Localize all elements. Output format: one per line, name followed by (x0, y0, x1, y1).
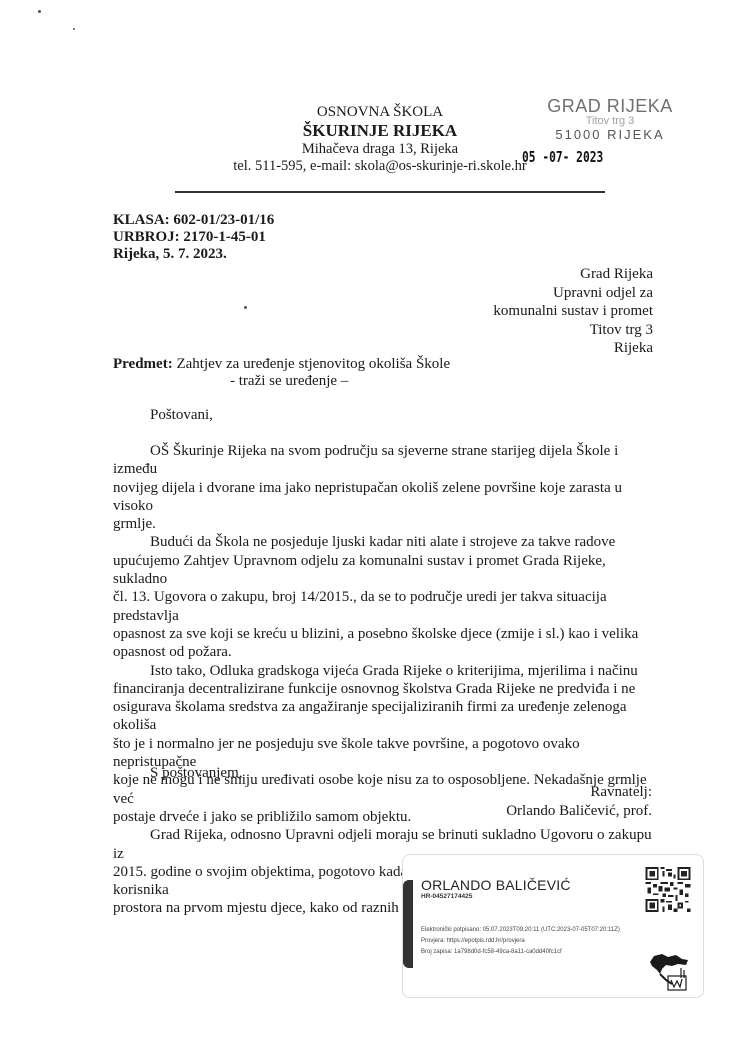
stamp-street: Titov trg 3 (535, 115, 685, 127)
paragraph-1: OŠ Škurinje Rijeka na svom području sa s… (113, 442, 653, 533)
body-line: opasnost za sve koji se kreću u blizini,… (113, 625, 653, 643)
body-line: upućujemo Zahtjev Upravnom odjelu za kom… (113, 552, 653, 589)
letterhead-divider (175, 191, 605, 193)
stamp-title: GRAD RIJEKA (535, 97, 685, 115)
esig-signer-name: ORLANDO BALIČEVIĆ (421, 877, 571, 893)
esig-details: Elektronički potpisano: 05.07.2023T09:20… (421, 925, 620, 958)
recipient-line: Grad Rijeka (493, 265, 653, 284)
school-name: ŠKURINJE RIJEKA (230, 121, 530, 141)
subject-text: Zahtjev za uređenje stjenovitog okoliša … (173, 356, 450, 372)
scan-speck (38, 10, 41, 13)
scan-speck (73, 28, 75, 30)
esig-verify-link[interactable]: Provjera: https://epotpis.rdd.hr/provjer… (421, 936, 620, 947)
body-line: novijeg dijela i dvorane ima jako nepris… (113, 479, 653, 516)
qr-code-icon[interactable] (644, 867, 692, 912)
school-type: OSNOVNA ŠKOLA (230, 104, 530, 121)
esig-record-id: Broj zapisa: 1a798d0d-fc58-49ca-8a11-ca0… (421, 947, 620, 958)
recipient-line: komunalni sustav i promet (493, 302, 653, 321)
body-line: čl. 13. Ugovora o zakupu, broj 14/2015.,… (113, 588, 653, 625)
stamp-city: 51000 RIJEKA (535, 127, 685, 142)
signature-card-accent-bar (403, 880, 413, 968)
recipient-line: Titov trg 3 (493, 321, 653, 340)
letter-body: OŠ Škurinje Rijeka na svom području sa s… (113, 442, 653, 918)
body-line: financiranja decentralizirane funkcije o… (113, 680, 653, 698)
subject-line: Predmet: Zahtjev za uređenje stjenovitog… (113, 355, 450, 373)
received-stamp: GRAD RIJEKA Titov trg 3 51000 RIJEKA (535, 97, 685, 142)
body-line: opasnost od požara. (113, 643, 653, 661)
signer-name: Orlando Baličević, prof. (506, 802, 652, 821)
esig-oib: HR-04527174425 (421, 893, 472, 900)
body-line: osigurava školama sredstva za angažiranj… (113, 698, 653, 735)
scan-speck (244, 306, 247, 309)
body-line: Budući da Škola ne posjeduje ljuski kada… (113, 533, 653, 551)
school-letterhead: OSNOVNA ŠKOLA ŠKURINJE RIJEKA Mihačeva d… (230, 104, 530, 175)
subject-label: Predmet: (113, 356, 173, 372)
school-contact: tel. 511-595, e-mail: skola@os-skurinje-… (210, 158, 550, 175)
signer-title: Ravnatelj: (506, 783, 652, 802)
subject-subtitle: - traži se uređenje – (230, 373, 348, 390)
place-date: Rijeka, 5. 7. 2023. (113, 246, 274, 263)
recipient-address: Grad Rijeka Upravni odjel za komunalni s… (493, 265, 653, 358)
klasa: KLASA: 602-01/23-01/16 (113, 212, 274, 229)
recipient-line: Rijeka (493, 339, 653, 358)
body-line: OŠ Škurinje Rijeka na svom području sa s… (113, 442, 653, 479)
greeting: Poštovani, (150, 407, 213, 424)
esig-signed-time: Elektronički potpisano: 05.07.2023T09:20… (421, 925, 620, 936)
electronic-signature-card: ORLANDO BALIČEVIĆ HR-04527174425 Elektro… (402, 854, 704, 998)
recipient-line: Upravni odjel za (493, 284, 653, 303)
croatia-map-emblem-icon (648, 950, 690, 992)
school-address: Mihačeva draga 13, Rijeka (230, 141, 530, 158)
urbroj: URBROJ: 2170-1-45-01 (113, 229, 274, 246)
body-line: grmlje. (113, 515, 653, 533)
closing: S poštovanjem, (150, 765, 243, 782)
paragraph-2: Budući da Škola ne posjeduje ljuski kada… (113, 533, 653, 661)
reference-block: KLASA: 602-01/23-01/16 URBROJ: 2170-1-45… (113, 212, 274, 263)
signer-block: Ravnatelj: Orlando Baličević, prof. (506, 783, 652, 821)
received-date-stamp: 05 -07- 2023 (522, 148, 603, 166)
body-line: Isto tako, Odluka gradskoga vijeća Grada… (113, 662, 653, 680)
